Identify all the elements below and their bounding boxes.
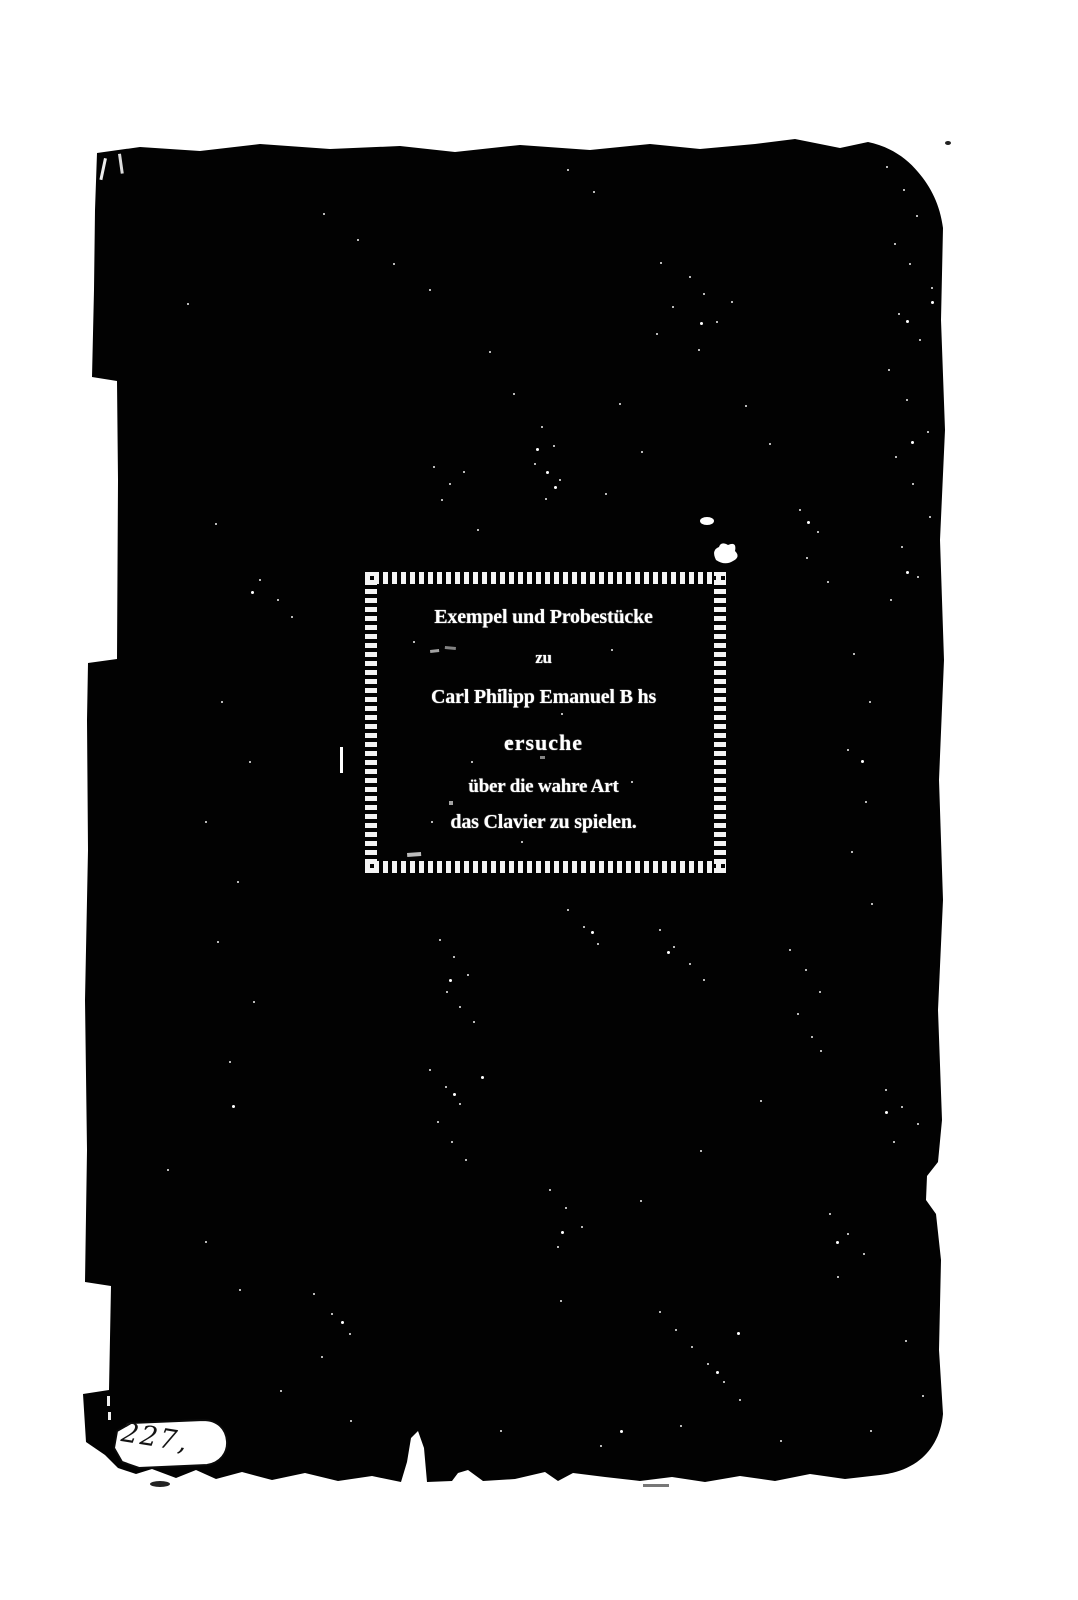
title-line-3: Carl Philipp Emanuel B hs [375,686,712,709]
scratch-mark [108,1412,111,1420]
frame-border-right-ornament [714,572,726,873]
debris-mark [150,1481,170,1487]
debris-mark [945,141,951,145]
title-line-5: über die wahre Art [375,776,712,798]
frame-border-bottom-ornament [365,861,726,873]
title-line-1: Exempel und Probestücke [375,606,712,629]
wear-splotch [700,517,714,525]
debris-mark [643,1484,669,1487]
scratch-mark [340,747,343,773]
title-line-6: das Clavier zu spielen. [375,811,712,834]
scan-page: Exempel und Probestücke zu Carl Philipp … [0,0,1078,1600]
title-line-2: zu [375,648,712,668]
title-frame: Exempel und Probestücke zu Carl Philipp … [365,572,726,873]
scratch-mark [107,1396,110,1406]
title-line-4: ersuche [375,730,712,756]
wear-specks-medium [0,0,3,3]
frame-border-top-ornament [365,572,726,584]
